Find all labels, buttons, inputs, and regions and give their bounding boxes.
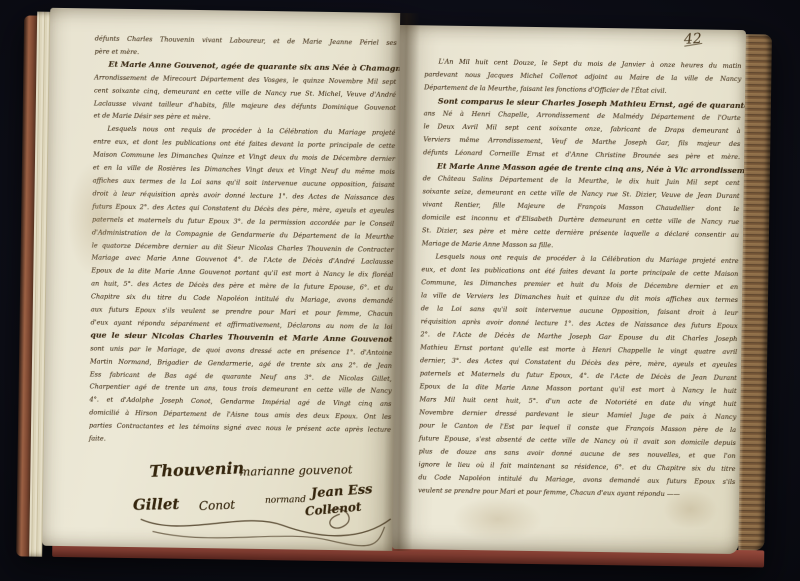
page-stain [452, 496, 543, 542]
folio-number: 42 [684, 31, 703, 46]
ink-signature: Jean Ess [311, 482, 373, 501]
archive-photo-background: défunts Charles Thouvenin vivant Laboure… [0, 0, 800, 581]
signature-block: Thouveninmarianne gouvenotJean EssGillet… [42, 8, 400, 551]
book-body: défunts Charles Thouvenin vivant Laboure… [16, 5, 772, 572]
ink-signature: marianne gouvenot [239, 462, 352, 478]
ink-signature: Gillet [133, 495, 180, 514]
ink-signature: Thouvenin [149, 458, 244, 481]
left-page: défunts Charles Thouvenin vivant Laboure… [42, 8, 400, 551]
ink-signature: Collenot [304, 500, 362, 519]
ink-signature: normand [265, 495, 306, 506]
register-book: défunts Charles Thouvenin vivant Laboure… [24, 6, 772, 562]
right-page-text: L'An Mil huit cent Douze, le Sept du moi… [418, 55, 742, 502]
ink-signature: Conot [199, 498, 236, 513]
right-page: 42 L'An Mil huit cent Douze, le Sept du … [392, 25, 746, 554]
